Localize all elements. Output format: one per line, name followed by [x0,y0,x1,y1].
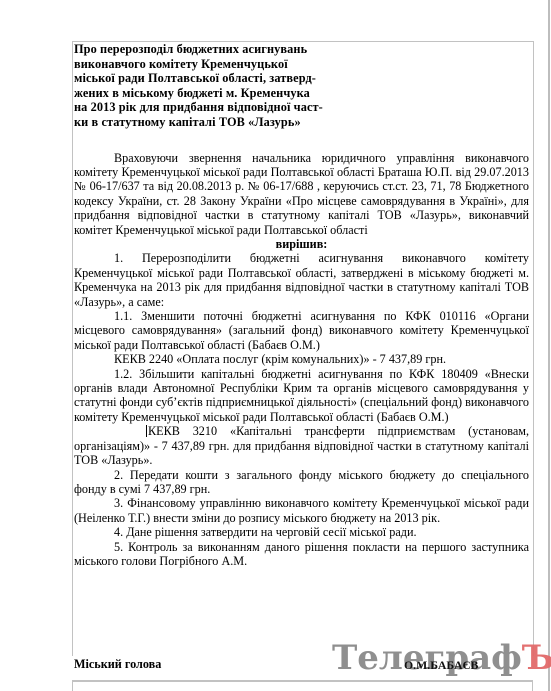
item-1-2-paragraph: 1.2. Збільшити капітальні бюджетні асигн… [74,367,529,425]
item-5-paragraph: 5. Контроль за виконанням даного рішення… [74,540,529,569]
item-2-paragraph: 2. Передати кошти з загального фонду міс… [74,468,529,497]
next-page-edge-left [72,682,73,691]
title-line: ки в статутному капіталі ТОВ «Лазурь» [74,115,304,130]
page-break-line [72,680,533,682]
kekv-3210-paragraph: КЕКВ 3210 «Капітальні трансферти підприє… [74,424,529,467]
resolved-heading: вирішив: [74,237,529,251]
item-3-paragraph: 3. Фінансовому управлінню виконавчого ко… [74,496,529,525]
title-line: міської ради Полтавської області, затвер… [74,71,304,86]
preamble-paragraph: Враховуючи звернення начальника юридично… [74,151,529,237]
next-page-edge-right [532,682,533,691]
document-title: Про перерозподіл бюджетних асигнувань ви… [74,42,304,130]
signature-row: Міський голова ТелеграфЪ О.М.БАБАЄВ [74,657,529,677]
signature-name: О.М.БАБАЄВ [404,658,478,673]
item-4-paragraph: 4. Дане рішення затвердити на черговій с… [74,525,529,539]
kekv-3210-text: КЕКВ 3210 «Капітальні трансферти підприє… [74,424,529,467]
window-edge [548,0,550,691]
watermark-accent-letter: Ъ [522,638,551,678]
signature-position: Міський голова [74,657,161,672]
title-line: виконавчого комітету Кременчуцької [74,57,304,72]
document-body[interactable]: Про перерозподіл бюджетних асигнувань ви… [74,41,529,568]
title-line: жених в міському бюджеті м. Кременчука [74,86,304,101]
title-line: Про перерозподіл бюджетних асигнувань [74,42,304,57]
item-1-paragraph: 1. Перерозподілити бюджетні асигнування … [74,251,529,309]
kekv-2240-line: КЕКВ 2240 «Оплата послуг (крім комунальн… [74,352,529,366]
title-line: на 2013 рік для придбання відповідної ча… [74,100,304,115]
item-1-1-paragraph: 1.1. Зменшити поточні бюджетні асигнуван… [74,309,529,352]
text-cursor [146,425,147,437]
